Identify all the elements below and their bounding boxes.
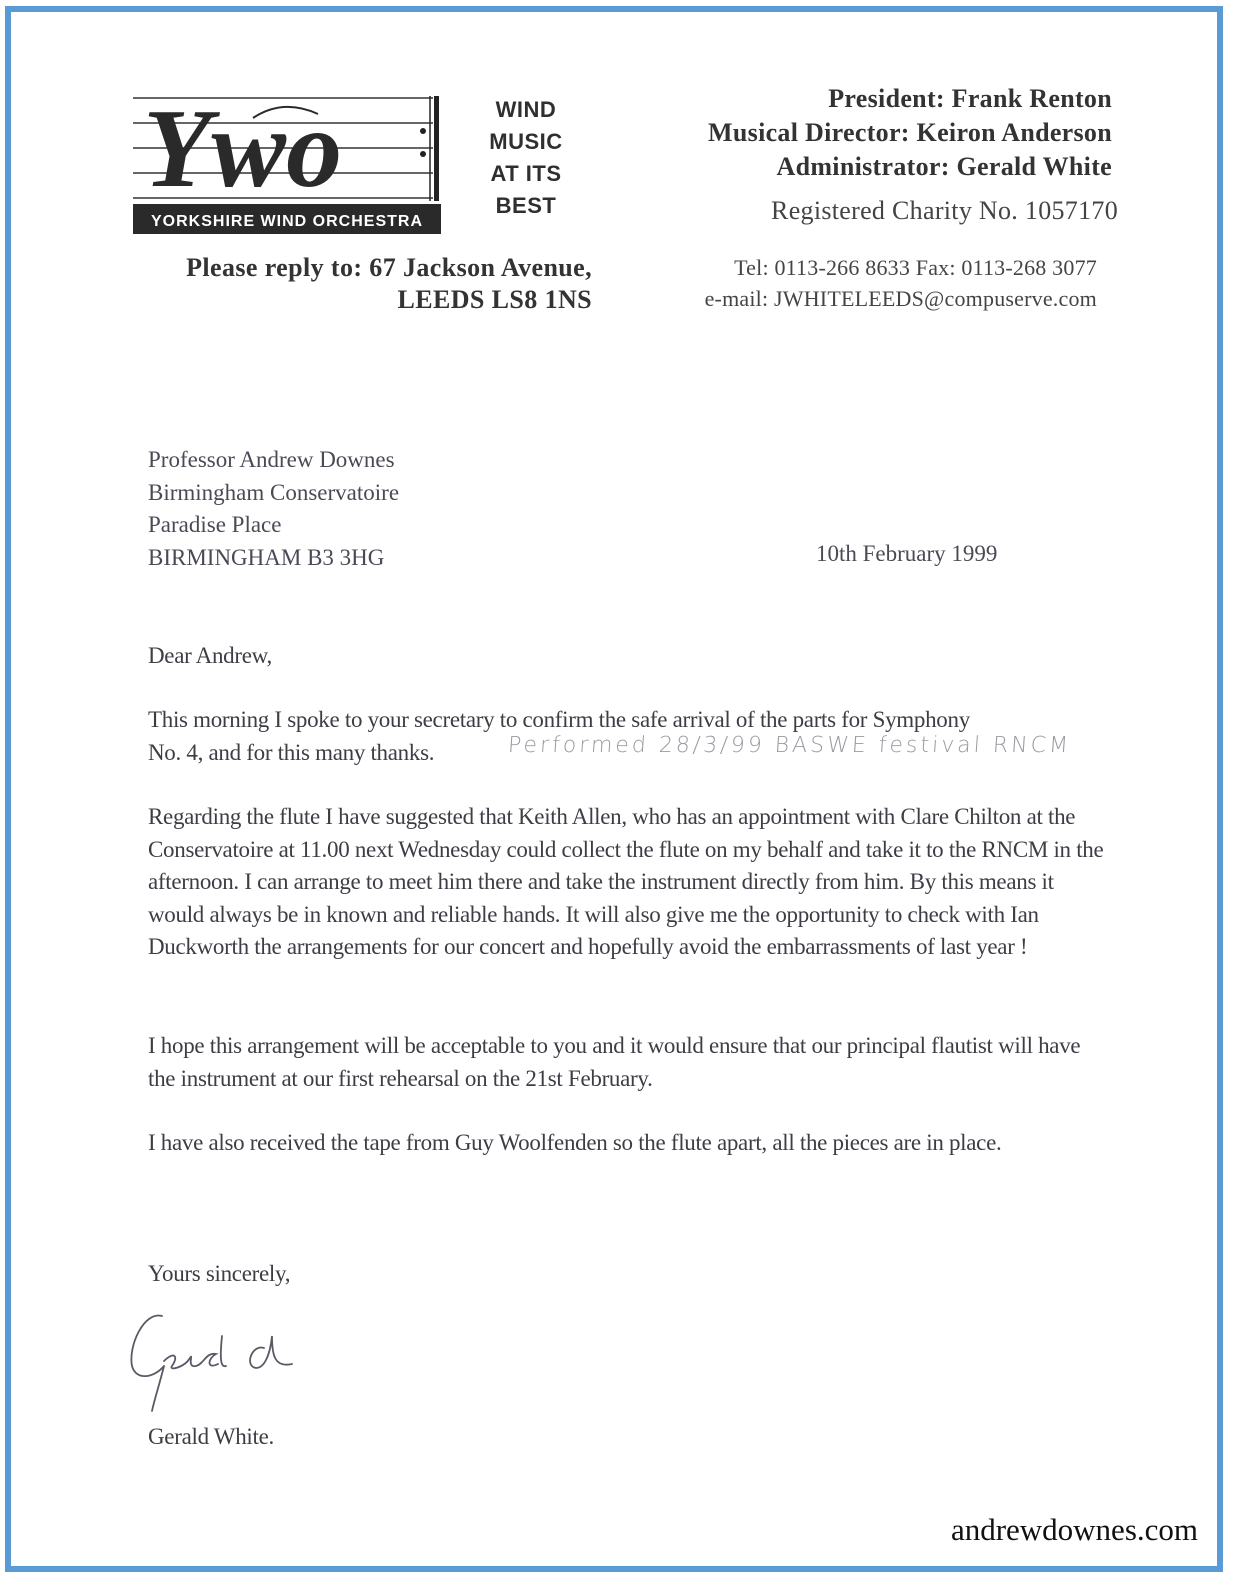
paragraph-3: I hope this arrangement will be acceptab… — [148, 1030, 1108, 1095]
recipient-line: Birmingham Conservatoire — [148, 477, 399, 510]
officers-list: President: Frank Renton Musical Director… — [708, 82, 1112, 184]
logo-banner-text: YORKSHIRE WIND ORCHESTRA — [151, 213, 423, 230]
recipient-line: Paradise Place — [148, 509, 399, 542]
reply-address: Please reply to: 67 Jackson Avenue, LEED… — [148, 252, 592, 316]
tagline-line: WIND — [478, 94, 574, 126]
handwritten-annotation: Performed 28/3/99 BASWE festival RNCM — [507, 733, 1072, 758]
salutation: Dear Andrew, — [148, 640, 1108, 673]
recipient-line: Professor Andrew Downes — [148, 444, 399, 477]
reply-address-line: Please reply to: 67 Jackson Avenue, — [148, 252, 592, 284]
officer-musical-director: Musical Director: Keiron Anderson — [708, 116, 1112, 150]
tel-fax: Tel: 0113-266 8633 Fax: 0113-268 3077 — [705, 252, 1097, 283]
paragraph-2: Regarding the flute I have suggested tha… — [148, 801, 1108, 964]
tagline-line: AT ITS — [478, 158, 574, 190]
logo-monogram: Ywo — [143, 87, 342, 211]
tagline: WIND MUSIC AT ITS BEST — [478, 94, 574, 222]
paragraph-line: This morning I spoke to your secretary t… — [148, 704, 1108, 737]
tagline-line: MUSIC — [478, 126, 574, 158]
signatory-name: Gerald White. — [148, 1421, 1108, 1454]
closing: Yours sincerely, — [148, 1258, 1108, 1291]
email-address: e-mail: JWHITELEEDS@compuserve.com — [705, 283, 1097, 314]
tagline-line: BEST — [478, 190, 574, 222]
officer-administrator: Administrator: Gerald White — [708, 150, 1112, 184]
signature-icon — [124, 1306, 324, 1416]
reply-address-line: LEEDS LS8 1NS — [148, 284, 592, 316]
officer-president: President: Frank Renton — [708, 82, 1112, 116]
website-footer: andrewdownes.com — [951, 1512, 1198, 1548]
yorkshire-wind-orchestra-logo: YORKSHIRE WIND ORCHESTRA Ywo — [133, 86, 441, 236]
recipient-address: Professor Andrew Downes Birmingham Conse… — [148, 444, 399, 574]
contact-details: Tel: 0113-266 8633 Fax: 0113-268 3077 e-… — [705, 252, 1097, 314]
recipient-line: BIRMINGHAM B3 3HG — [148, 542, 399, 575]
letter-date: 10th February 1999 — [816, 541, 997, 567]
paragraph-4: I have also received the tape from Guy W… — [148, 1127, 1108, 1160]
charity-number: Registered Charity No. 1057170 — [771, 196, 1118, 226]
